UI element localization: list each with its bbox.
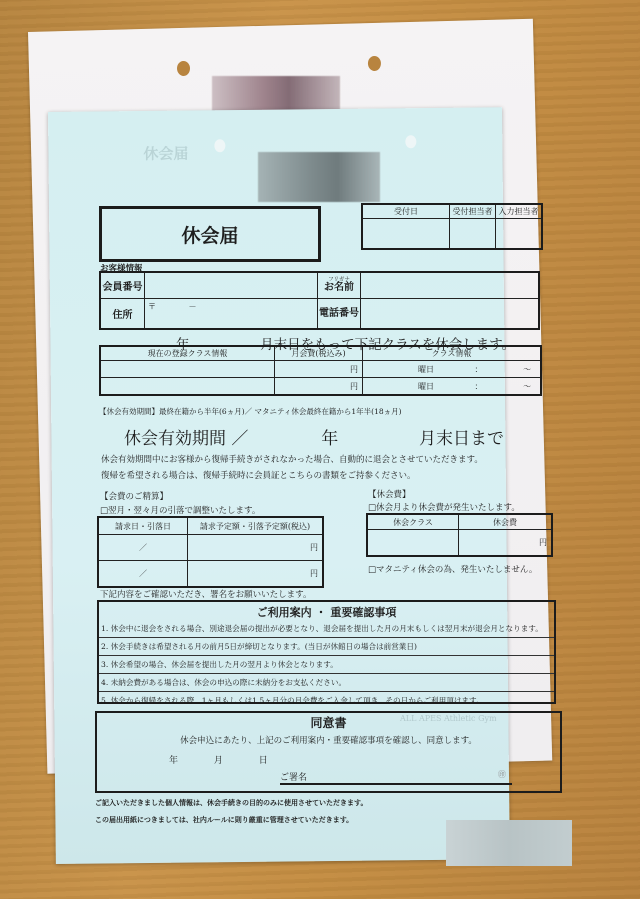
receiver-header: 受付担当者 <box>450 205 496 219</box>
class-schedule-field[interactable]: 曜日 ： ～ <box>363 361 541 378</box>
redacted-logo <box>258 152 380 202</box>
customer-info-table: 会員番号 フリガナ お名前 住所 〒 － 電話番号 <box>100 272 539 329</box>
received-date-field[interactable] <box>363 219 450 249</box>
address-field[interactable]: 〒 － <box>145 299 318 329</box>
receiver-field[interactable] <box>450 219 496 249</box>
input-staff-header: 入力担当者 <box>496 205 542 219</box>
name-label-cell: フリガナ お名前 <box>318 273 361 299</box>
redacted-footer-info <box>446 820 572 866</box>
time-tilde: ～ <box>523 365 531 374</box>
postal-dash: － <box>189 302 197 311</box>
punch-hole <box>177 61 190 76</box>
signature-field[interactable]: ご署名 ㊞ <box>280 770 512 785</box>
phone-field[interactable] <box>361 299 539 329</box>
settlement-label: 【会費のご精算】 <box>100 490 168 502</box>
settlement-row: ／ 円 <box>99 561 323 587</box>
consent-box: 同意書 休会申込にあたり、上記のご利用案内・重要確認事項を確認し、同意します。 … <box>95 711 562 793</box>
monthly-fee-field[interactable]: 円 <box>275 361 363 378</box>
class-info-header: クラス情報 <box>363 347 541 361</box>
weekday-label: 曜日 <box>418 365 434 374</box>
member-number-field[interactable] <box>145 273 318 299</box>
confirm-request: 下記内容をご確認いただき、署名をお願いいたします。 <box>100 588 311 600</box>
seal-icon: ㊞ <box>498 769 506 780</box>
rest-fee-table: 休会クラス 休会費 円 <box>367 514 552 556</box>
class-schedule-field[interactable]: 曜日 ： ～ <box>363 378 541 395</box>
settlement-checkbox[interactable]: □翌月・翌々月の引落で調整いたします。 <box>100 504 260 516</box>
guide-item: 4. 未納会費がある場合は、休会の申込の際に未納分をお支払ください。 <box>99 674 554 692</box>
punch-hole <box>405 135 416 148</box>
consent-text: 休会申込にあたり、上記のご利用案内・重要確認事項を確認し、同意します。 <box>97 734 560 746</box>
rest-fee-field[interactable]: 円 <box>459 530 552 556</box>
settlement-row: ／ 円 <box>99 535 323 561</box>
office-use-table: 受付日 受付担当者 入力担当者 <box>362 204 542 249</box>
maternity-checkbox[interactable]: □マタニティ休会の為、発生いたしません。 <box>368 563 537 575</box>
billing-date-field[interactable]: ／ <box>99 561 188 587</box>
rest-class-header: 休会クラス <box>368 515 459 530</box>
member-number-label: 会員番号 <box>101 273 145 299</box>
class-name-field[interactable] <box>101 361 275 378</box>
management-note: この届出用紙につきましては、社内ルールに則り厳重に管理させていただきます。 <box>95 815 353 825</box>
form-title: 休会届 <box>99 206 321 262</box>
time-tilde: ～ <box>523 382 531 391</box>
notice-line: 復帰を希望される場合は、復帰手続時に会員証とこちらの書類をご持参ください。 <box>101 468 483 484</box>
name-label: お名前 <box>324 282 354 293</box>
consent-title: 同意書 <box>97 714 560 731</box>
class-info-table: 現在の登録クラス情報 月会費(税込み) クラス情報 円 曜日 ： ～ 円 曜日 … <box>100 346 541 395</box>
date-month-label: 月 <box>214 753 256 766</box>
time-colon: ： <box>475 365 483 374</box>
signature-label: ご署名 <box>280 773 307 783</box>
validity-until: 月末日まで <box>419 429 504 449</box>
rest-fee-label: 【休会費】 <box>368 488 411 500</box>
show-through-title: 休会届 <box>143 143 188 164</box>
guide-item: 2. 休会手続きは希望される月の前月5日が締切となります。(当日が休館日の場合は… <box>99 638 554 656</box>
notice-line: 休会有効期間中にお客様から復帰手続きがされなかった場合、自動的に退会とさせていた… <box>101 452 483 468</box>
current-class-header: 現在の登録クラス情報 <box>101 347 275 361</box>
billing-amount-field[interactable]: 円 <box>188 535 323 561</box>
class-name-field[interactable] <box>101 378 275 395</box>
received-date-header: 受付日 <box>363 205 450 219</box>
weekday-label: 曜日 <box>418 382 434 391</box>
notices: 休会有効期間中にお客様から復帰手続きがされなかった場合、自動的に退会とさせていた… <box>101 452 483 484</box>
rest-class-field[interactable] <box>368 530 459 556</box>
guide-item: 5. 休会から復帰をされる際、1ヶ月もしくは1.5ヶ月分の月会費をご入金して頂き… <box>99 692 554 709</box>
address-label: 住所 <box>101 299 145 329</box>
date-year-label: 年 <box>169 753 211 766</box>
consent-date[interactable]: 年 月 日 <box>169 753 301 766</box>
class-row: 円 曜日 ： ～ <box>101 378 541 395</box>
time-colon: ： <box>475 382 483 391</box>
input-staff-field[interactable] <box>496 219 542 249</box>
rest-fee-row: 円 <box>368 530 552 556</box>
guide-box: ご利用案内 ・ 重要確認事項 1. 休会中に退会をされる場合、別途退会届の提出が… <box>97 600 556 704</box>
guide-item: 1. 休会中に退会をされる場合、別途退会届の提出が必要となり、退会届を提出した月… <box>99 620 554 638</box>
phone-label: 電話番号 <box>318 299 361 329</box>
guide-item: 3. 休会希望の場合、休会届を提出した月の翌月より休会となります。 <box>99 656 554 674</box>
name-field[interactable] <box>361 273 539 299</box>
privacy-note: ご記入いただきました個人情報は、休会手続きの目的のみに使用させていただきます。 <box>95 798 367 808</box>
date-day-label: 日 <box>259 753 301 766</box>
rest-fee-header: 休会費 <box>459 515 552 530</box>
punch-hole <box>368 56 381 71</box>
guide-title: ご利用案内 ・ 重要確認事項 <box>99 604 554 620</box>
settlement-table: 請求日・引落日 請求予定額・引落予定額(税込) ／ 円 ／ 円 <box>98 517 323 587</box>
validity-label: 休会有効期間 ／ <box>124 429 248 449</box>
rest-fee-checkbox[interactable]: □休会月より休会費が発生いたします。 <box>368 501 520 513</box>
billing-date-header: 請求日・引落日 <box>99 518 188 535</box>
billing-amount-field[interactable]: 円 <box>188 561 323 587</box>
class-row: 円 曜日 ： ～ <box>101 361 541 378</box>
validity-year: 年 <box>321 429 338 449</box>
punch-hole <box>214 139 225 152</box>
monthly-fee-header: 月会費(税込み) <box>275 347 363 361</box>
validity-note: 【休会有効期間】最終在籍から半年(6ヵ月)／ マタニティ休会最終在籍から1年半(… <box>99 406 402 417</box>
monthly-fee-field[interactable]: 円 <box>275 378 363 395</box>
billing-amount-header: 請求予定額・引落予定額(税込) <box>188 518 323 535</box>
validity-line: 休会有効期間 ／ 年 月末日まで <box>124 424 504 449</box>
postal-mark: 〒 <box>148 302 156 311</box>
billing-date-field[interactable]: ／ <box>99 535 188 561</box>
